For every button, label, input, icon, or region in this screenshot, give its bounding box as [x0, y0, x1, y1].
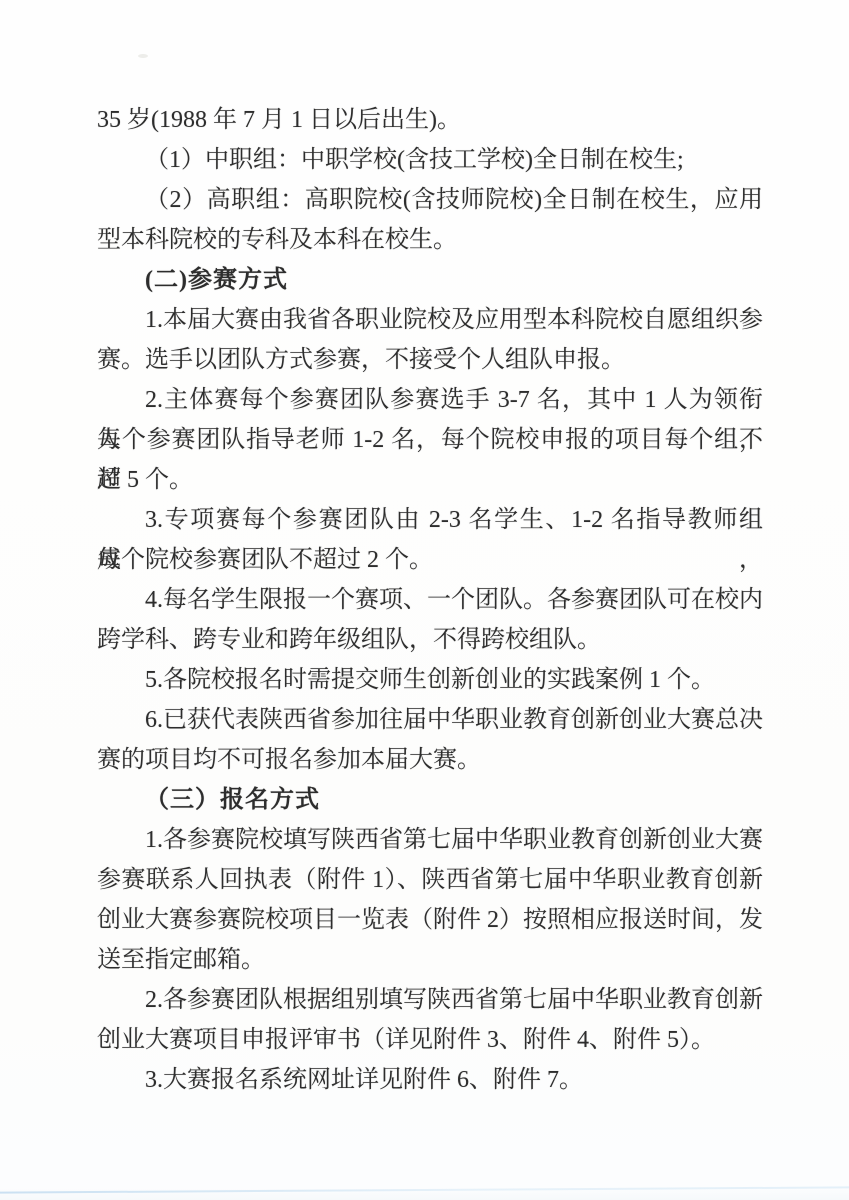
text-line: 1.本届大赛由我省各职业院校及应用型本科院校自愿组织参: [97, 300, 763, 340]
text-line: 送至指定邮箱。: [97, 940, 763, 980]
section-heading: （三）报名方式: [97, 780, 763, 820]
text-line: 赛的项目均不可报名参加本届大赛。: [97, 740, 763, 780]
text-line: 赛。选手以团队方式参赛，不接受个人组队申报。: [97, 340, 763, 380]
section-heading: (二)参赛方式: [97, 260, 763, 300]
document-body: 35 岁(1988 年 7 月 1 日以后出生)。 （1）中职组：中职学校(含技…: [97, 100, 763, 1100]
text-line: 参赛联系人回执表（附件 1）、陕西省第七届中华职业教育创新: [97, 860, 763, 900]
text-line: 6.已获代表陕西省参加往届中华职业教育创新创业大赛总决: [97, 700, 763, 740]
scan-speck: [138, 54, 148, 58]
text-line: 2.主体赛每个参赛团队参赛选手 3-7 名，其中 1 人为领衔人，: [97, 380, 763, 420]
text-line: 过 5 个。: [97, 460, 763, 500]
text-line: 创业大赛项目申报评审书（详见附件 3、附件 4、附件 5）。: [97, 1020, 763, 1060]
text-line: 每个参赛团队指导老师 1-2 名，每个院校申报的项目每个组不超: [97, 420, 763, 460]
text-line: 跨学科、跨专业和跨年级组队，不得跨校组队。: [97, 620, 763, 660]
text-line: 型本科院校的专科及本科在校生。: [97, 220, 763, 260]
text-line: 1.各参赛院校填写陕西省第七届中华职业教育创新创业大赛: [97, 820, 763, 860]
text-line: 35 岁(1988 年 7 月 1 日以后出生)。: [97, 100, 763, 140]
text-line: 创业大赛参赛院校项目一览表（附件 2）按照相应报送时间，发: [97, 900, 763, 940]
scanned-document-page: 35 岁(1988 年 7 月 1 日以后出生)。 （1）中职组：中职学校(含技…: [0, 0, 849, 1200]
text-line: 4.每名学生限报一个赛项、一个团队。各参赛团队可在校内: [97, 580, 763, 620]
text-line: 3.专项赛每个参赛团队由 2-3 名学生、1-2 名指导教师组成，: [97, 500, 763, 540]
text-line: （1）中职组：中职学校(含技工学校)全日制在校生;: [97, 140, 763, 180]
text-line: 3.大赛报名系统网址详见附件 6、附件 7。: [97, 1060, 763, 1100]
text-line: （2）高职组：高职院校(含技师院校)全日制在校生，应用: [97, 180, 763, 220]
text-line: 2.各参赛团队根据组别填写陕西省第七届中华职业教育创新: [97, 980, 763, 1020]
text-line: 5.各院校报名时需提交师生创新创业的实践案例 1 个。: [97, 660, 763, 700]
